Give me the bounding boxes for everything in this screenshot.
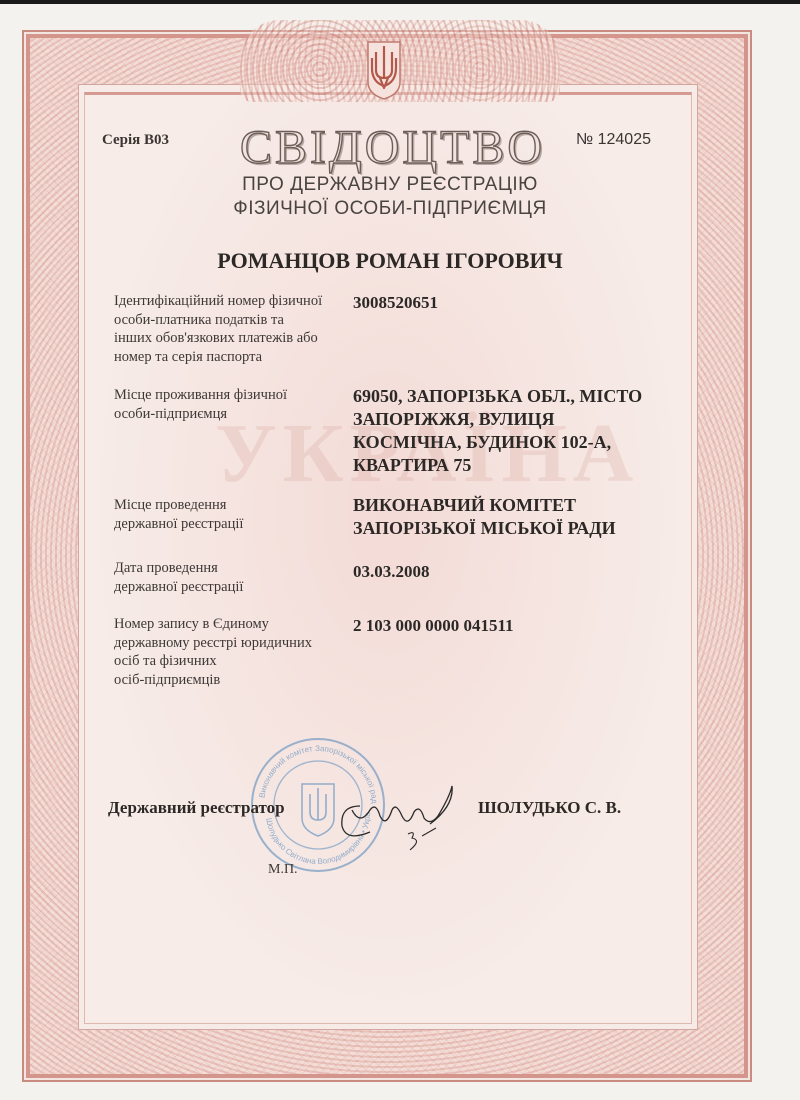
value-line: ЗАПОРІЗЬКОЇ МІСЬКОЇ РАДИ <box>353 517 673 540</box>
field-label-registry-record: Номер запису в Єдиному державному реєстр… <box>114 615 344 689</box>
field-label-registration-place: Місце проведення державної реєстрації <box>114 496 344 533</box>
holder-name: РОМАНЦОВ РОМАН ІГОРОВИЧ <box>110 248 670 274</box>
certificate-number: № 124025 <box>576 131 651 149</box>
value-line: КОСМІЧНА, БУДИНОК 102-А, <box>353 431 673 454</box>
field-value-residence: 69050, ЗАПОРІЗЬКА ОБЛ., МІСТО ЗАПОРІЖЖЯ,… <box>353 385 673 477</box>
scan-edge <box>0 0 800 4</box>
label-line: державному реєстрі юридичних <box>114 634 344 653</box>
field-label-residence: Місце проживання фізичної особи-підприєм… <box>114 386 344 423</box>
field-value-registration-place: ВИКОНАВЧИЙ КОМІТЕТ ЗАПОРІЗЬКОЇ МІСЬКОЇ Р… <box>353 494 673 540</box>
document-title: СВІДОЦТВО <box>240 120 540 175</box>
field-label-tax-id: Ідентифікаційний номер фізичної особи-пл… <box>114 292 344 366</box>
value-line: 69050, ЗАПОРІЗЬКА ОБЛ., МІСТО <box>353 385 673 408</box>
value-line: КВАРТИРА 75 <box>353 454 673 477</box>
label-line: державної реєстрації <box>114 515 344 534</box>
value-line: ВИКОНАВЧИЙ КОМІТЕТ <box>353 494 673 517</box>
seal-place-label: М.П. <box>268 862 298 878</box>
field-value-registry-record: 2 103 000 0000 041511 <box>353 614 673 637</box>
label-line: Номер запису в Єдиному <box>114 615 344 634</box>
signature <box>330 776 470 856</box>
field-value-registration-date: 03.03.2008 <box>353 560 673 583</box>
value-line: 3008520651 <box>353 291 673 314</box>
series-label: Серія В03 <box>102 132 169 149</box>
inner-border-line <box>84 92 692 1024</box>
value-line: ЗАПОРІЖЖЯ, ВУЛИЦЯ <box>353 408 673 431</box>
label-line: Місце проведення <box>114 496 344 515</box>
registrar-label: Державний реєстратор <box>108 798 285 818</box>
subtitle-line-2: ФІЗИЧНОЇ ОСОБИ-ПІДПРИЄМЦЯ <box>150 198 630 220</box>
label-line: державної реєстрації <box>114 578 344 597</box>
label-line: особи-платника податків та <box>114 311 344 330</box>
subtitle-line-1: ПРО ДЕРЖАВНУ РЕЄСТРАЦІЮ <box>150 174 630 196</box>
value-line: 03.03.2008 <box>353 560 673 583</box>
field-label-registration-date: Дата проведення державної реєстрації <box>114 559 344 596</box>
field-value-tax-id: 3008520651 <box>353 291 673 314</box>
label-line: Місце проживання фізичної <box>114 386 344 405</box>
label-line: номер та серія паспорта <box>114 348 344 367</box>
label-line: осіб та фізичних <box>114 652 344 671</box>
trident-coat-of-arms-icon <box>366 38 402 100</box>
label-line: інших обов'язкових платежів або <box>114 329 344 348</box>
label-line: Дата проведення <box>114 559 344 578</box>
label-line: Ідентифікаційний номер фізичної <box>114 292 344 311</box>
value-line: 2 103 000 0000 041511 <box>353 614 673 637</box>
registrar-name: ШОЛУДЬКО С. В. <box>478 798 621 818</box>
label-line: особи-підприємця <box>114 405 344 424</box>
label-line: осіб-підприємців <box>114 671 344 690</box>
